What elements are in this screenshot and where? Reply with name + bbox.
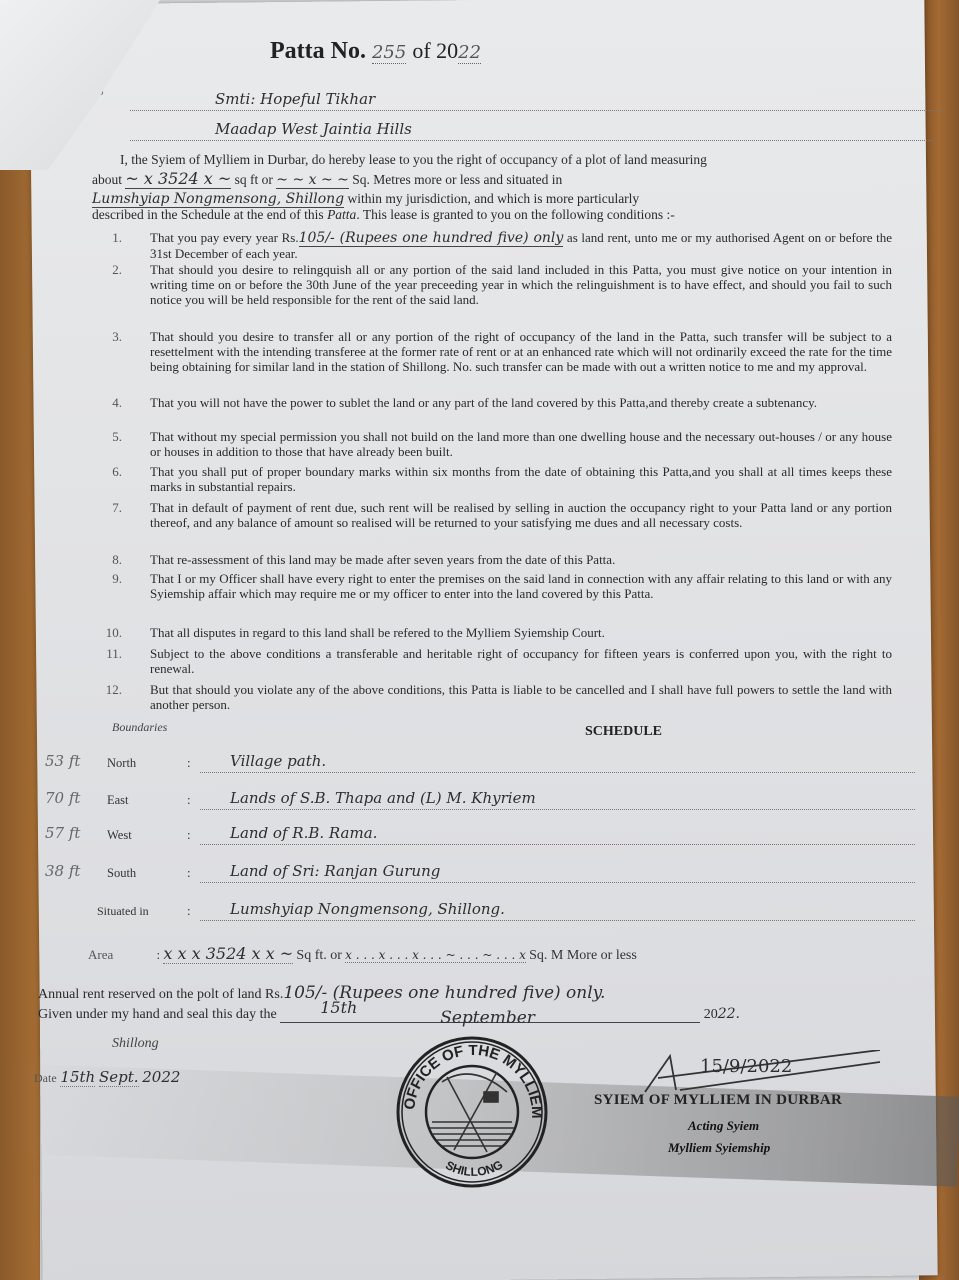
condition-2: 2. That should you desire to relingquish… <box>92 262 892 307</box>
sqft-handwritten: ~ x 3524 x ~ <box>125 169 231 189</box>
boundaries-label: Boundaries <box>112 720 167 735</box>
patta-number: 255 <box>372 42 406 64</box>
title-prefix: Patta No. <box>270 38 366 64</box>
schedule-row-situated: Situated in : Lumshyiap Nongmensong, Shi… <box>45 900 915 924</box>
given-date-field: 15th September <box>280 1004 700 1023</box>
schedule-title: SCHEDULE <box>585 724 662 740</box>
condition-5: 5. That without my special permission yo… <box>92 429 892 459</box>
schedule-row-west: 57 ft West : Land of R.B. Rama. <box>45 824 915 848</box>
annual-rent-line: Annual rent reserved on the polt of land… <box>38 983 918 1003</box>
condition-12: 12. But that should you violate any of t… <box>92 682 892 712</box>
schedule-row-east: 70 ft East : Lands of S.B. Thapa and (L)… <box>45 789 915 813</box>
intro-line-4: described in the Schedule at the end of … <box>92 207 877 222</box>
year-suffix: 22 <box>458 42 481 64</box>
rent-handwritten: 105/- (Rupees one hundred five) only <box>299 230 564 247</box>
location-handwritten: Lumshyiap Nongmensong, Shillong <box>92 191 344 208</box>
date-line: Date 15th Sept. 2022 <box>34 1068 180 1087</box>
signatory-title: SYIEM OF MYLLIEM IN DURBAR <box>594 1092 842 1109</box>
acting-syiem-stamp: Acting Syiem <box>688 1118 759 1134</box>
condition-3: 3. That should you desire to transfer al… <box>92 329 892 374</box>
intro-paragraph: I, the Syiem of Mylliem in Durbar, do he… <box>92 152 877 222</box>
given-line: Given under my hand and seal this day th… <box>38 1004 918 1023</box>
condition-1: 1. That you pay every year Rs.105/- (Rup… <box>92 230 892 261</box>
condition-9: 9. That I or my Officer shall have every… <box>92 571 892 601</box>
sqm-handwritten: ~ ~ x ~ ~ <box>276 172 349 189</box>
area-sqm-handwritten: x . . . x . . . x . . . ~ . . . ~ . . . … <box>345 948 526 963</box>
condition-7: 7. That in default of payment of rent du… <box>92 500 892 530</box>
intro-line-3: Lumshyiap Nongmensong, Shillong within m… <box>92 191 877 207</box>
patta-title: Patta No. 255 of 2022 <box>270 38 481 65</box>
year-label: of 20 <box>412 38 458 63</box>
recipient-name: Smti: Hopeful Tikhar <box>130 90 945 111</box>
condition-11: 11. Subject to the above conditions a tr… <box>92 646 892 676</box>
condition-10: 10. That all disputes in regard to this … <box>92 625 892 640</box>
condition-6: 6. That you shall put of proper boundary… <box>92 464 892 494</box>
condition-4: 4. That you will not have the power to s… <box>92 395 892 410</box>
official-seal: OFFICE OF THE MYLLIEM SYIEMSHIP SHILLONG <box>392 1032 552 1190</box>
schedule-row-north: 53 ft North : Village path. <box>45 752 915 776</box>
intro-line-2: about ~ x 3524 x ~ sq ft or ~ ~ x ~ ~ Sq… <box>92 171 877 188</box>
mylliem-syiemship-stamp: Mylliem Syiemship <box>668 1140 770 1156</box>
intro-line-1: I, the Syiem of Mylliem in Durbar, do he… <box>92 152 877 167</box>
place-label: Shillong <box>112 1036 159 1052</box>
condition-8: 8. That re-assessment of this land may b… <box>92 552 892 567</box>
svg-text:OFFICE OF THE MYLLIEM SYIEMSHI: OFFICE OF THE MYLLIEM SYIEMSHIP <box>392 1032 545 1119</box>
svg-text:SHILLONG: SHILLONG <box>443 1157 505 1179</box>
seal-emblem-icon: OFFICE OF THE MYLLIEM SYIEMSHIP SHILLONG <box>392 1032 552 1190</box>
recipient-address: Maadap West Jaintia Hills <box>130 120 935 141</box>
area-sqft-handwritten: x x x 3524 x x ~ <box>163 944 293 964</box>
area-row: Area : x x x 3524 x x ~ Sq ft. or x . . … <box>88 944 637 964</box>
signature-date: 15/9/2022 <box>700 1056 792 1077</box>
schedule-row-south: 38 ft South : Land of Sri: Ranjan Gurung <box>45 862 915 886</box>
